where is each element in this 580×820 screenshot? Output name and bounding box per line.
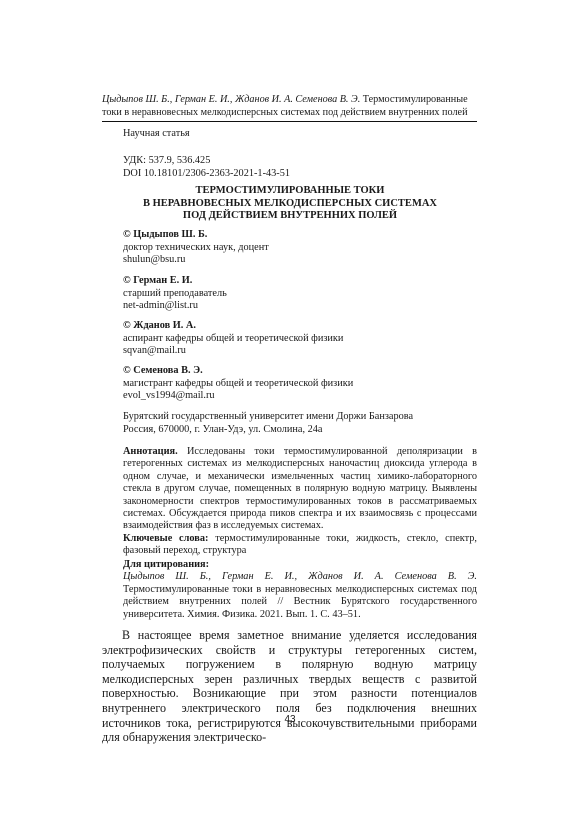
affiliation: Бурятский государственный университет им… — [123, 411, 413, 436]
author-block: © Семенова В. Э. магистрант кафедры обще… — [123, 365, 473, 403]
author-position: доктор технических наук, доцент — [123, 242, 473, 255]
udk-doi-block: УДК: 537.9, 536.425 DOI 10.18101/2306-23… — [123, 155, 290, 180]
title-line: ТЕРМОСТИМУЛИРОВАННЫЕ ТОКИ — [102, 185, 478, 198]
author-email[interactable]: net-admin@list.ru — [123, 300, 473, 313]
author-email[interactable]: sqvan@mail.ru — [123, 345, 473, 358]
header-rule — [102, 121, 477, 122]
abstract: Аннотация. Исследованы токи термостимули… — [123, 446, 477, 558]
article-title: ТЕРМОСТИМУЛИРОВАННЫЕ ТОКИ В НЕРАВНОВЕСНЫ… — [102, 185, 478, 223]
citation: Для цитирования: Цыдыпов Ш. Б., Герман Е… — [123, 559, 477, 621]
author-block: © Жданов И. А. аспирант кафедры общей и … — [123, 320, 473, 358]
running-head: Цыдыпов Ш. Б., Герман Е. И., Жданов И. А… — [102, 93, 478, 119]
udk: УДК: 537.9, 536.425 — [123, 155, 290, 168]
title-line: ПОД ДЕЙСТВИЕМ ВНУТРЕННИХ ПОЛЕЙ — [102, 210, 478, 223]
citation-authors: Цыдыпов Ш. Б., Герман Е. И., Жданов И. А… — [123, 571, 477, 582]
abstract-text: Исследованы токи термостимулированной де… — [123, 446, 477, 531]
page-number: 43 — [280, 714, 300, 725]
author-name: © Семенова В. Э. — [123, 365, 203, 376]
article-type: Научная статья — [123, 128, 190, 141]
doi: DOI 10.18101/2306-2363-2021-1-43-51 — [123, 168, 290, 181]
citation-label: Для цитирования: — [123, 559, 209, 570]
author-email[interactable]: shulun@bsu.ru — [123, 254, 473, 267]
author-name: © Жданов И. А. — [123, 320, 196, 331]
abstract-label: Аннотация. — [123, 446, 178, 457]
author-position: аспирант кафедры общей и теоретической ф… — [123, 333, 473, 346]
author-name: © Цыдыпов Ш. Б. — [123, 229, 207, 240]
body-paragraph: В настоящее время заметное внимание удел… — [102, 628, 477, 745]
author-email[interactable]: evol_vs1994@mail.ru — [123, 390, 473, 403]
author-position: магистрант кафедры общей и теоретической… — [123, 378, 473, 391]
university: Бурятский государственный университет им… — [123, 411, 413, 424]
running-head-authors: Цыдыпов Ш. Б., Герман Е. И., Жданов И. А… — [102, 94, 360, 105]
keywords-label: Ключевые слова: — [123, 533, 208, 544]
author-block: © Герман Е. И. старший преподаватель net… — [123, 275, 473, 313]
citation-text: Термостимулированные токи в неравновесны… — [123, 584, 477, 620]
author-position: старший преподаватель — [123, 288, 473, 301]
title-line: В НЕРАВНОВЕСНЫХ МЕЛКОДИСПЕРСНЫХ СИСТЕМАХ — [102, 198, 478, 211]
address: Россия, 670000, г. Улан-Удэ, ул. Смолина… — [123, 424, 413, 437]
author-name: © Герман Е. И. — [123, 275, 192, 286]
author-block: © Цыдыпов Ш. Б. доктор технических наук,… — [123, 229, 473, 267]
